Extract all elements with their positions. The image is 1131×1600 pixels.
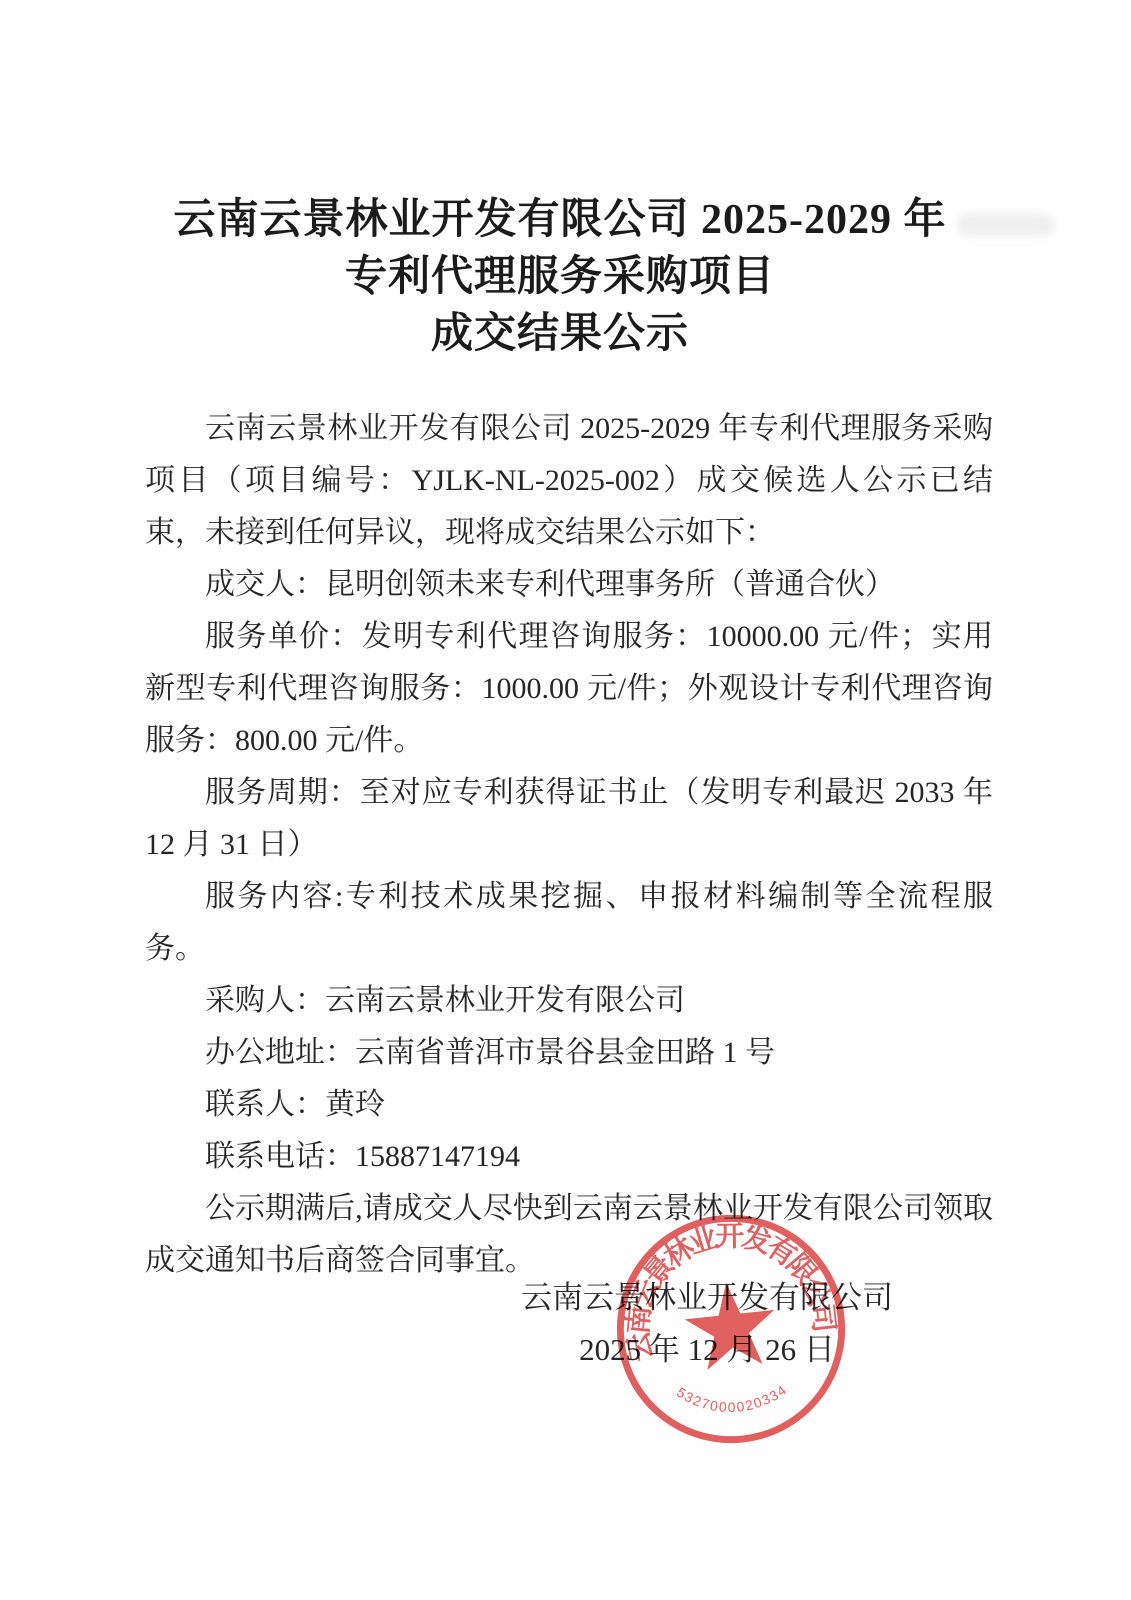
winner-line: 成交人：昆明创领未来专利代理事务所（普通合伙） bbox=[145, 559, 993, 611]
title-line-2: 专利代理服务采购项目 bbox=[0, 249, 1120, 306]
service-period-line: 服务周期：至对应专利获得证书止（发明专利最迟 2033 年 12 月 31 日） bbox=[145, 767, 993, 871]
purchaser-line: 采购人：云南云景林业开发有限公司 bbox=[145, 975, 993, 1027]
svg-text:5327000020334: 5327000020334 bbox=[673, 1373, 792, 1421]
title-line-1: 云南云景林业开发有限公司 2025-2029 年 bbox=[0, 192, 1120, 249]
document-body: 云南云景林业开发有限公司 2025-2029 年专利代理服务采购项目（项目编号：… bbox=[145, 403, 993, 1287]
document-title: 云南云景林业开发有限公司 2025-2029 年 专利代理服务采购项目 成交结果… bbox=[0, 192, 1120, 363]
company-seal-stamp: 云南云景林业开发有限公司 5327000020334 bbox=[602, 1200, 859, 1457]
intro-paragraph: 云南云景林业开发有限公司 2025-2029 年专利代理服务采购项目（项目编号：… bbox=[145, 403, 993, 559]
document-page: 云南云景林业开发有限公司 2025-2029 年 专利代理服务采购项目 成交结果… bbox=[0, 0, 1131, 1600]
contact-person-line: 联系人：黄玲 bbox=[145, 1079, 993, 1131]
unit-price-line: 服务单价：发明专利代理咨询服务：10000.00 元/件；实用新型专利代理咨询服… bbox=[145, 611, 993, 767]
seal-serial-number: 5327000020334 bbox=[673, 1373, 792, 1421]
seal-star-icon bbox=[681, 1278, 780, 1372]
contact-phone-line: 联系电话：15887147194 bbox=[145, 1131, 993, 1183]
title-line-3: 成交结果公示 bbox=[0, 306, 1120, 363]
office-address-line: 办公地址：云南省普洱市景谷县金田路 1 号 bbox=[145, 1027, 993, 1079]
service-content-line: 服务内容:专利技术成果挖掘、申报材料编制等全流程服务。 bbox=[145, 871, 993, 975]
